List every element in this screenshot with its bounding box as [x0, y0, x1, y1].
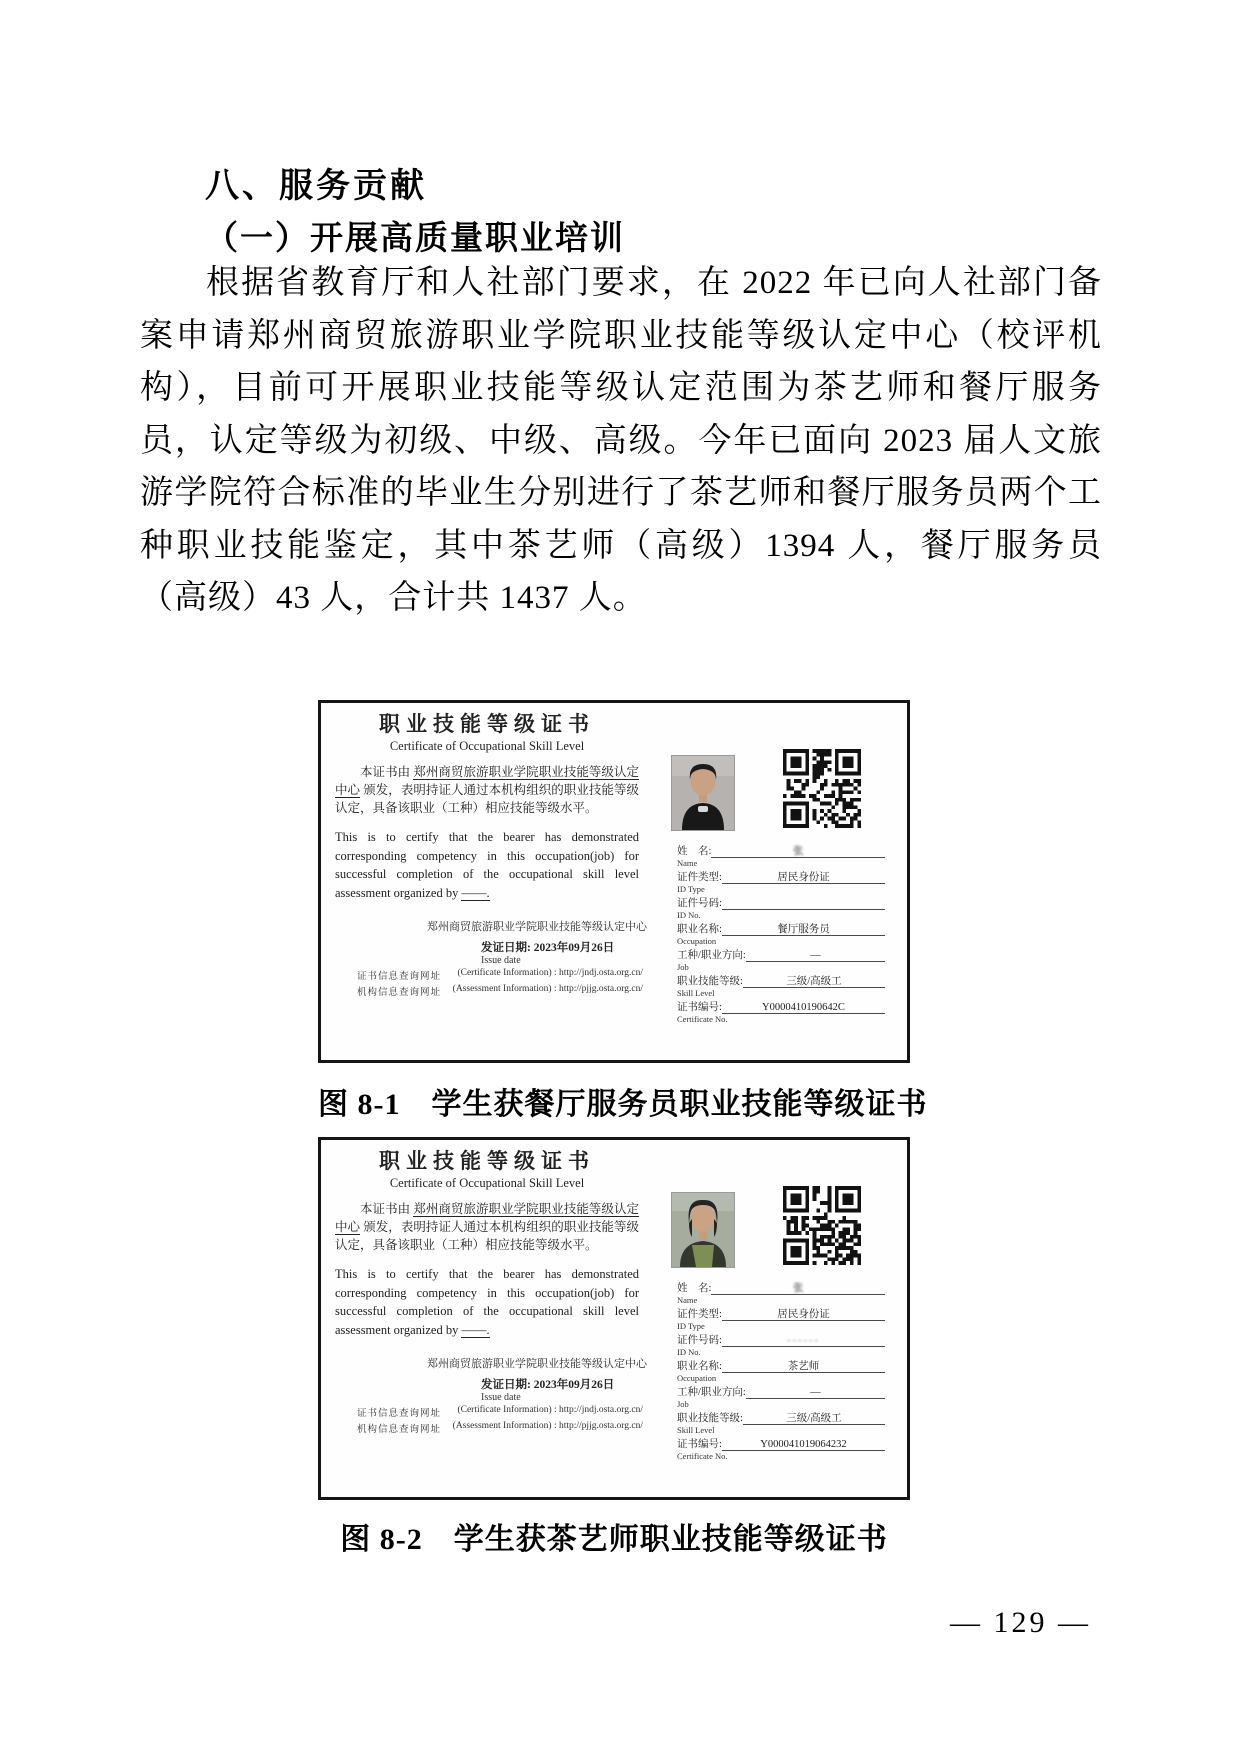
issue-date-en: Issue date: [481, 1392, 643, 1403]
cert-info-label: 证书信息查询网址: [357, 1405, 457, 1419]
id-type-value: 居民身份证: [777, 872, 830, 883]
certificate-restaurant-server: 职业技能等级证书 Certificate of Occupational Ski…: [318, 700, 910, 1063]
field-name: 姓 名:张 Name: [677, 844, 885, 868]
portrait-photo: [671, 1192, 735, 1268]
cert-info-url: (Certificate Information) : http://jndj.…: [457, 1405, 643, 1419]
job-value: —: [810, 1387, 821, 1398]
skill-level-value: 三级/高级工: [786, 976, 841, 987]
blank-dash: ——.: [461, 1323, 489, 1338]
issue-date: 发证日期: 2023年09月26日: [481, 1376, 643, 1392]
name-value: 张: [793, 1283, 804, 1294]
certificate-fields: 姓 名:张 Name 证件类型:居民身份证 ID Type 证件号码:-----…: [677, 1281, 885, 1463]
occupation-value: 茶艺师: [788, 1361, 820, 1372]
cert-info-url: (Certificate Information) : http://jndj.…: [457, 968, 643, 982]
issue-date-en: Issue date: [481, 955, 643, 966]
certificate-no-value: Y000041019064232: [760, 1439, 846, 1450]
statement-prefix: 本证书由: [360, 1202, 413, 1216]
id-type-value: 居民身份证: [777, 1309, 830, 1320]
org-info-label: 机构信息查询网址: [357, 1421, 453, 1435]
field-occupation: 职业名称:餐厅服务员 Occupation: [677, 922, 885, 946]
org-info-row: 机构信息查询网址 (Assessment Information) : http…: [357, 1421, 643, 1435]
figure-caption-8-1: 图 8-1 学生获餐厅服务员职业技能等级证书: [318, 1079, 910, 1123]
certificate-statement-en: This is to certify that the bearer has d…: [335, 828, 639, 902]
org-info-url: (Assessment Information) : http://pjjg.o…: [453, 1421, 643, 1435]
field-skill-level: 职业技能等级:三级/高级工 Skill Level: [677, 1411, 885, 1435]
field-job: 工种/职业方向:— Job: [677, 948, 885, 972]
org-info-row: 机构信息查询网址 (Assessment Information) : http…: [357, 984, 643, 998]
certificate-tea-master: 职业技能等级证书 Certificate of Occupational Ski…: [318, 1137, 910, 1500]
certificate-no-value: Y0000410190642C: [762, 1002, 845, 1013]
field-skill-level: 职业技能等级:三级/高级工 Skill Level: [677, 974, 885, 998]
name-value: 张: [793, 846, 804, 857]
occupation-value: 餐厅服务员: [777, 924, 830, 935]
body-paragraph: 根据省教育厅和人社部门要求，在 2022 年已向人社部门备案申请郑州商贸旅游职业…: [140, 257, 1102, 625]
field-job: 工种/职业方向:— Job: [677, 1385, 885, 1409]
field-id-type: 证件类型:居民身份证 ID Type: [677, 1307, 885, 1331]
certificate-subtitle: Certificate of Occupational Skill Level: [331, 1176, 643, 1191]
certificate-left-column: 职业技能等级证书 Certificate of Occupational Ski…: [331, 1145, 643, 1435]
job-value: —: [810, 950, 821, 961]
field-id-no: 证件号码: ID No.: [677, 896, 885, 920]
certificate-title: 职业技能等级证书: [331, 1145, 643, 1175]
portrait-photo: [671, 755, 735, 831]
qr-code-icon: [783, 749, 861, 828]
document-page: 八、服务贡献 （一）开展高质量职业培训 根据省教育厅和人社部门要求，在 2022…: [0, 0, 1240, 1755]
certificate-info-row: 证书信息查询网址 (Certificate Information) : htt…: [357, 1405, 643, 1419]
certificate-left-column: 职业技能等级证书 Certificate of Occupational Ski…: [331, 708, 643, 998]
org-info-url: (Assessment Information) : http://pjjg.o…: [453, 984, 643, 998]
certificate-fields: 姓 名:张 Name 证件类型:居民身份证 ID Type 证件号码: ID N…: [677, 844, 885, 1026]
cert-info-label: 证书信息查询网址: [357, 968, 457, 982]
page-number: — 129 —: [950, 1606, 1091, 1640]
qr-code-icon: [783, 1186, 861, 1265]
section-heading: 八、服务贡献: [205, 158, 427, 207]
blank-dash: ——.: [461, 886, 489, 901]
field-id-type: 证件类型:居民身份证 ID Type: [677, 870, 885, 894]
certificate-title: 职业技能等级证书: [331, 708, 643, 738]
figure-caption-8-2: 图 8-2 学生获茶艺师职业技能等级证书: [318, 1514, 910, 1558]
org-info-label: 机构信息查询网址: [357, 984, 453, 998]
certificate-info-row: 证书信息查询网址 (Certificate Information) : htt…: [357, 968, 643, 982]
statement-suffix: 颁发，表明持证人通过本机构组织的职业技能等级认定，具备该职业（工种）相应技能等级…: [335, 1220, 639, 1252]
statement-suffix: 颁发，表明持证人通过本机构组织的职业技能等级认定，具备该职业（工种）相应技能等级…: [335, 783, 639, 815]
field-occupation: 职业名称:茶艺师 Occupation: [677, 1359, 885, 1383]
certificate-subtitle: Certificate of Occupational Skill Level: [331, 739, 643, 754]
field-certificate-no: 证书编号:Y0000410190642C Certificate No.: [677, 1000, 885, 1024]
issuing-center-name: 郑州商贸旅游职业学院职业技能等级认定中心: [427, 918, 643, 934]
certificate-statement-en: This is to certify that the bearer has d…: [335, 1265, 639, 1339]
id-no-value: ------: [787, 1335, 820, 1346]
field-name: 姓 名:张 Name: [677, 1281, 885, 1305]
certificate-statement-zh: 本证书由 郑州商贸旅游职业学院职业技能等级认定中心 颁发，表明持证人通过本机构组…: [335, 1200, 639, 1254]
field-id-no: 证件号码:------ ID No.: [677, 1333, 885, 1357]
field-certificate-no: 证书编号:Y000041019064232 Certificate No.: [677, 1437, 885, 1461]
skill-level-value: 三级/高级工: [786, 1413, 841, 1424]
certificate-statement-zh: 本证书由 郑州商贸旅游职业学院职业技能等级认定中心 颁发，表明持证人通过本机构组…: [335, 763, 639, 817]
subsection-heading: （一）开展高质量职业培训: [205, 212, 625, 259]
issuing-center-name: 郑州商贸旅游职业学院职业技能等级认定中心: [427, 1355, 643, 1371]
statement-prefix: 本证书由: [360, 765, 413, 779]
issue-date: 发证日期: 2023年09月26日: [481, 939, 643, 955]
